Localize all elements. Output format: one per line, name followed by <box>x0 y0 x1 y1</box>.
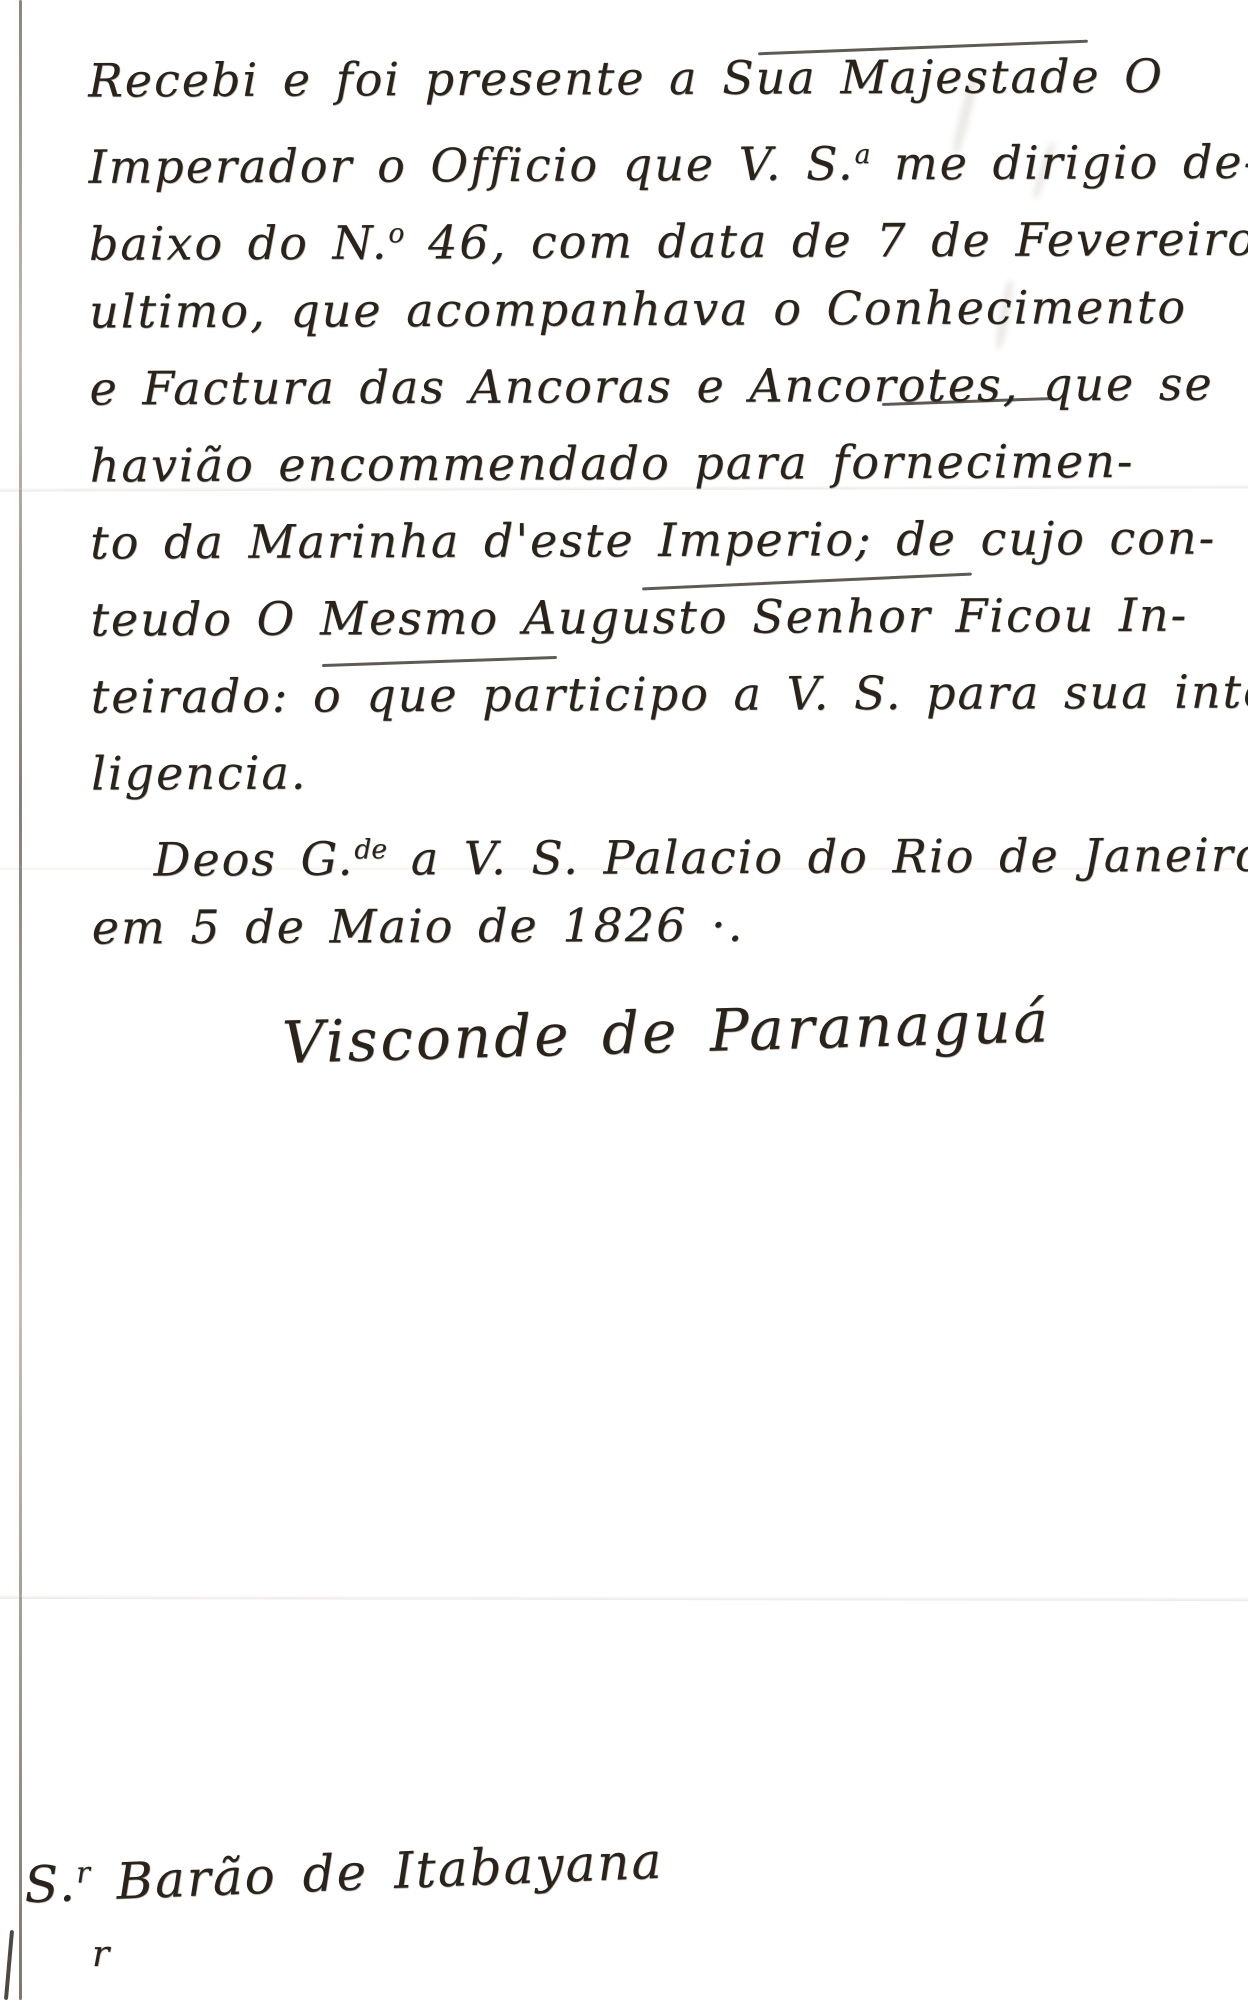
line-text: Recebi e foi presente a Sua Majestade O <box>88 49 1164 108</box>
manuscript-line-4: ultimo, que acompanhava o Conhecimento <box>89 269 1233 351</box>
manuscript-line-7: to da Marinha d'este Imperio; de cujo co… <box>90 500 1234 582</box>
manuscript-line-5: e Factura das Ancoras e Ancorotes, que s… <box>89 346 1233 428</box>
binding-crease-line <box>19 0 22 2000</box>
book-binding-gutter <box>0 0 70 2000</box>
manuscript-line-8: teudo O Mesmo Augusto Senhor Ficou In- <box>90 577 1234 659</box>
line-text: a V. S. Palacio do Rio de Janeiro <box>387 828 1248 886</box>
addressee-text: S. <box>23 1854 78 1914</box>
line-text: Deos G. <box>153 832 354 887</box>
line-text: teirado: o que participo a V. S. para su… <box>91 664 1248 723</box>
flourish-mark: r <box>92 1934 109 1975</box>
superscript-abbreviation: o <box>388 218 404 249</box>
line-text: Imperador o Officio que V. S. <box>88 136 854 193</box>
line-text: me dirigio de- <box>870 135 1248 191</box>
line-text: teudo O Mesmo Augusto Senhor Ficou In- <box>90 588 1188 647</box>
superscript-abbreviation: de <box>354 834 387 865</box>
manuscript-line-9: teirado: o que participo a V. S. para su… <box>91 654 1235 736</box>
manuscript-line-6: havião encommendado para fornecimen- <box>90 423 1234 505</box>
line-text: ligencia. <box>91 746 307 801</box>
line-text: baixo do N. <box>89 216 389 271</box>
line-text: 46, com data de 7 de Fevereiro <box>404 212 1248 270</box>
line-text: e Factura das Ancoras e Ancorotes, que s… <box>89 357 1213 416</box>
manuscript-line-3: baixo do N.o 46, com data de 7 de Fevere… <box>89 192 1233 274</box>
addressee-text: Barão de Itabayana <box>89 1832 664 1912</box>
manuscript-line-10: ligencia. <box>91 731 1235 813</box>
manuscript-line-1: Recebi e foi presente a Sua Majestade O <box>88 38 1232 120</box>
signature-visconde-de-paranagua: Visconde de Paranaguá <box>281 987 1052 1076</box>
paper-fold-crease <box>0 1595 1248 1601</box>
manuscript-line-2: Imperador o Officio que V. S.a me dirigi… <box>88 115 1232 197</box>
manuscript-dateline-1: Deos G.de a V. S. Palacio do Rio de Jane… <box>91 808 1235 890</box>
letter-body-text: Recebi e foi presente a Sua Majestade O … <box>88 38 1236 967</box>
addressee-line: S.r Barão de Itabayana <box>23 1832 664 1915</box>
manuscript-dateline-2: em 5 de Maio de 1826 ·. <box>92 885 1236 967</box>
superscript-abbreviation: a <box>854 139 870 170</box>
line-text: ultimo, que acompanhava o Conhecimento <box>89 280 1187 339</box>
manuscript-page: Recebi e foi presente a Sua Majestade O … <box>0 0 1248 2000</box>
line-text: havião encommendado para fornecimen- <box>90 434 1135 493</box>
line-text: to da Marinha d'este Imperio; de cujo co… <box>90 511 1216 570</box>
line-text: em 5 de Maio de 1826 ·. <box>92 898 745 955</box>
